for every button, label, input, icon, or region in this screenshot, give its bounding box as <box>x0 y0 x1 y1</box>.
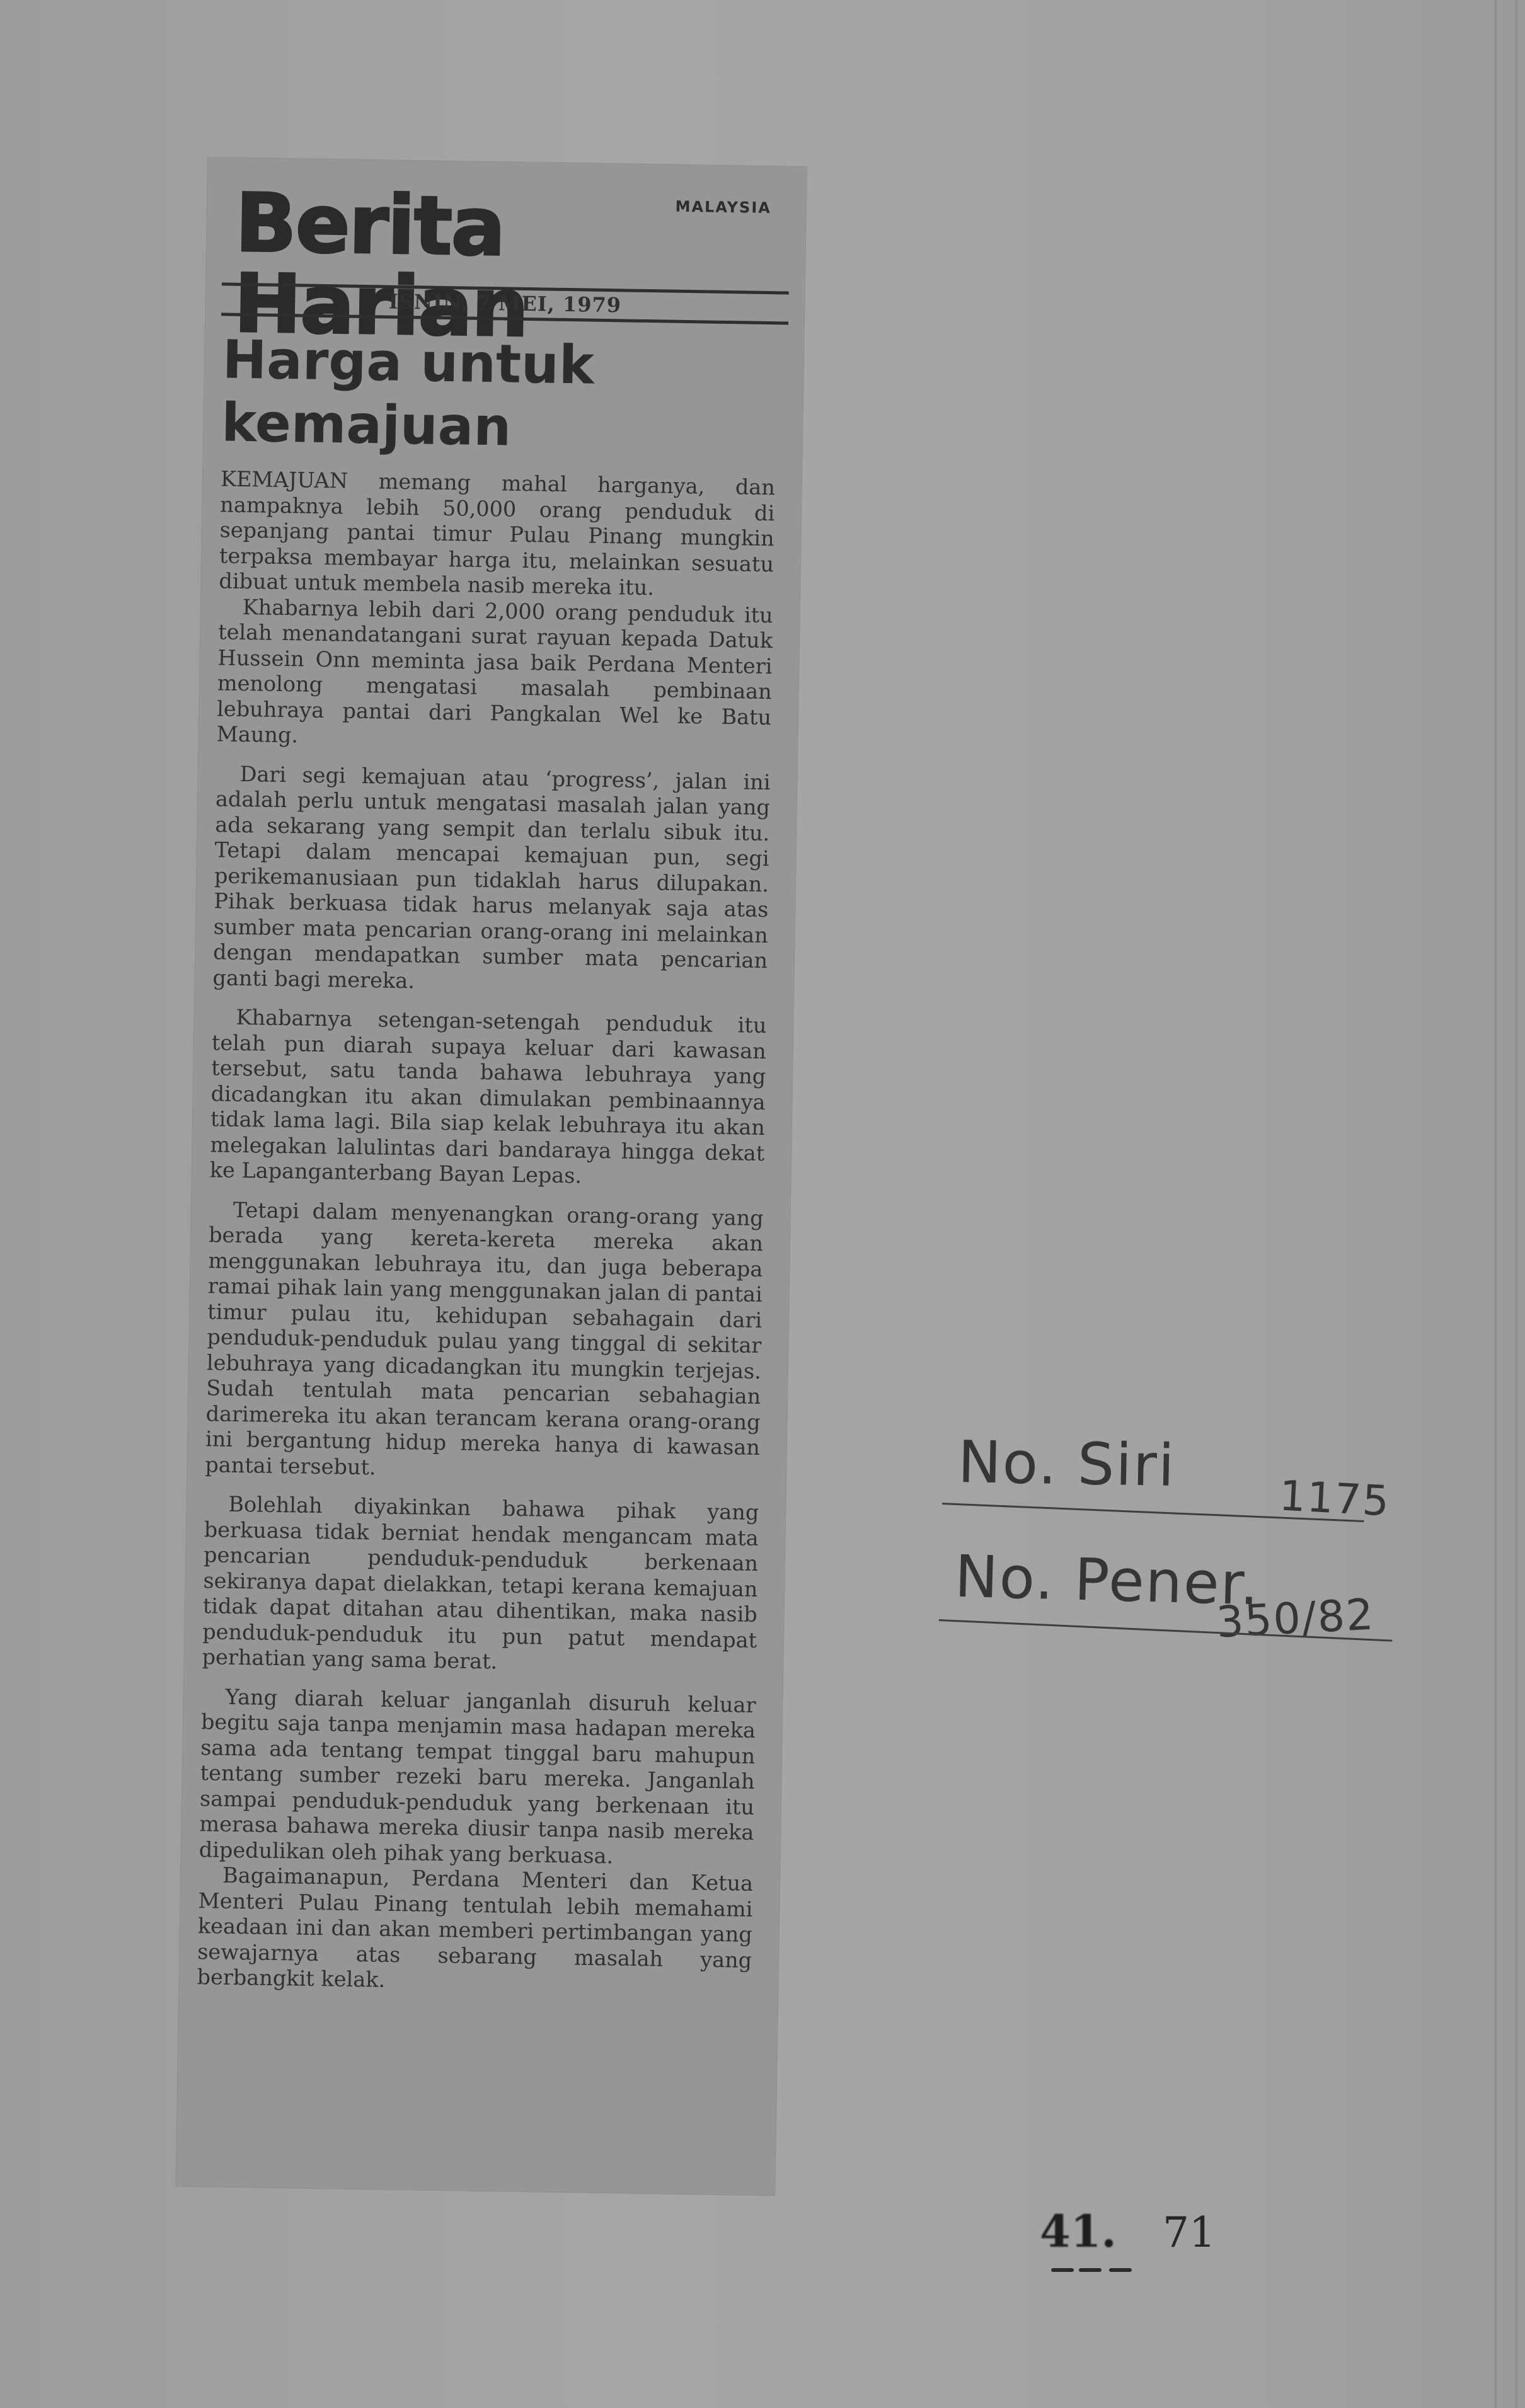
article-paragraph: Bolehlah diyakinkan bahawa pihak yang be… <box>202 1491 759 1678</box>
page-stamp: 41. <box>1040 2205 1117 2257</box>
stamp-mark <box>1109 2268 1132 2272</box>
headline-line-1: Harga untuk <box>222 328 777 399</box>
article-paragraph: Dari segi kemajuan atau ‘progress’, jala… <box>212 761 771 999</box>
article-headline: Harga untuk kemajuan <box>221 328 778 462</box>
newspaper-clipping: Berita Harian MALAYSIA ISNIN, 7 MEI, 197… <box>176 158 806 2196</box>
article-body: KEMAJUAN memang mahal harganya, dan namp… <box>197 466 775 1998</box>
binding-edge-line <box>1516 0 1517 2408</box>
newspaper-country: MALAYSIA <box>675 198 771 217</box>
article-paragraph: Khabarnya lebih dari 2,000 orang pen­dud… <box>216 594 773 756</box>
headline-line-2: kemajuan <box>221 391 776 462</box>
article-paragraph: Bagaimanapun, Perdana Menteri dan Ketua … <box>197 1862 753 1998</box>
page-number: 71 <box>1163 2208 1216 2257</box>
article-paragraph: Tetapi dalam menyenangkan orang-orang ya… <box>205 1197 764 1486</box>
article-paragraph: Yang diarah keluar janganlah disuruh kel… <box>199 1684 756 1871</box>
siri-number-label: No. Siri <box>957 1428 1176 1499</box>
masthead: Berita Harian MALAYSIA <box>222 176 790 273</box>
article-paragraph: Khabarnya setengan-setengah penduduk itu… <box>209 1004 766 1191</box>
pener-number-label: No. Pener. <box>954 1543 1261 1619</box>
stamp-mark <box>1079 2268 1102 2272</box>
binding-edge-line <box>1495 0 1497 2408</box>
stamp-mark <box>1051 2268 1074 2272</box>
article-paragraph: KEMAJUAN memang mahal harganya, dan namp… <box>219 466 775 602</box>
